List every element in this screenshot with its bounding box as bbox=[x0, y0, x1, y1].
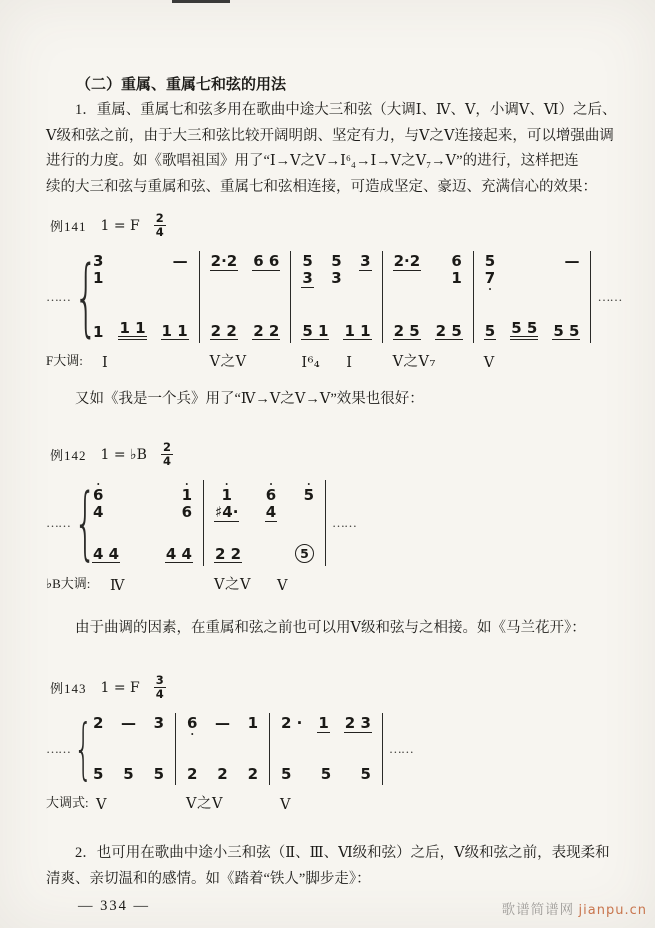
harmony-row: Ⅰ bbox=[82, 343, 200, 371]
jianpu-cell: 5 bbox=[280, 766, 292, 783]
jianpu-cell: 2 2 bbox=[210, 323, 238, 341]
jianpu-cell: 5 1 bbox=[301, 323, 329, 341]
measure: •1♯4·•64•52 25Ⅴ之ⅤⅤ bbox=[204, 480, 326, 594]
scanned-book-page: （二）重属、重属七和弦的用法 1．重属、重属七和弦多用在歌曲中途大三和弦（大调Ⅰ… bbox=[0, 0, 655, 928]
harmony-row: Ⅴ bbox=[474, 343, 592, 371]
jianpu-cell: 53 bbox=[301, 253, 313, 288]
measure: 2—3555Ⅴ bbox=[82, 713, 176, 813]
jianpu-cell: 61 bbox=[450, 253, 462, 287]
jianpu-cell: 5 bbox=[92, 766, 104, 783]
jianpu-cell: — bbox=[214, 715, 231, 732]
measure: 2·26 62 22 2Ⅴ之Ⅴ bbox=[200, 251, 292, 371]
upper-voice: 57•— bbox=[484, 253, 581, 292]
system-lead: ……{ bbox=[46, 251, 82, 343]
lower-voice: 555 bbox=[280, 766, 372, 783]
lower-voice: 222 bbox=[186, 766, 259, 783]
jianpu-cell: •5 bbox=[303, 482, 315, 504]
measure-notes: 2·2612 52 5 bbox=[383, 251, 474, 343]
harmony-row: Ⅴ之Ⅴ bbox=[176, 785, 270, 813]
harmony-label: Ⅴ bbox=[280, 797, 291, 813]
paragraph-1: 1．重属、重属七和弦多用在歌曲中途大三和弦（大调Ⅰ、Ⅳ、Ⅴ，小调Ⅴ、Ⅵ）之后、 … bbox=[46, 98, 621, 200]
text-line: 又如《我是一个兵》用了“Ⅳ→Ⅴ之Ⅴ→Ⅴ”效果也很好： bbox=[46, 387, 621, 413]
watermark: 歌谱简谱网 jianpu.cn bbox=[502, 898, 647, 918]
jianpu-cell: 1 bbox=[317, 715, 329, 733]
lower-voice: 2 52 5 bbox=[393, 323, 463, 341]
paragraph-2: 2．也可用在歌曲中途小三和弦（Ⅱ、Ⅲ、Ⅵ级和弦）之后，Ⅴ级和弦之前，表现柔和 清… bbox=[46, 841, 621, 892]
jianpu-cell: 2·2 bbox=[210, 253, 239, 271]
lower-voice: 5 11 1 bbox=[301, 323, 371, 341]
upper-voice: 2·26 6 bbox=[210, 253, 281, 271]
measure: 2·2612 52 5Ⅴ之Ⅴ₇ bbox=[383, 251, 474, 371]
system-tail: …… bbox=[326, 480, 356, 566]
lower-voice: 2 25 bbox=[214, 544, 315, 563]
system-tail: …… bbox=[591, 251, 621, 343]
harmony-row: Ⅴ之ⅤⅤ bbox=[204, 566, 326, 594]
upper-voice: 2—3 bbox=[92, 715, 165, 732]
tail-ellipsis: …… bbox=[332, 515, 356, 531]
time-signature-denominator: 4 bbox=[156, 226, 164, 239]
jianpu-cell: — bbox=[120, 715, 137, 732]
time-signature: 3 4 bbox=[154, 674, 166, 701]
text-line: 续的大三和弦与重属和弦、重属七和弦相连接，可造成坚定、豪迈、充满信心的效果： bbox=[46, 175, 621, 201]
music-example-142: 例142 1 = ♭B 2 4 ……{•64•164 44 4Ⅳ•1♯4·•64… bbox=[46, 441, 621, 594]
jianpu-cell: 2 bbox=[92, 715, 104, 732]
system-brace-icon: { bbox=[74, 716, 80, 782]
octave-dot-below: • bbox=[489, 287, 492, 292]
jianpu-cell: 2 bbox=[216, 766, 228, 783]
measure-notes: 57•—55 55 5 bbox=[474, 251, 592, 343]
measure-notes: •1♯4·•64•52 25 bbox=[204, 480, 326, 566]
lead-ellipsis: …… bbox=[46, 289, 70, 305]
jianpu-cell: 5 bbox=[153, 766, 165, 783]
jianpu-cell: 5 5 bbox=[510, 320, 538, 341]
jianpu-cell: 5 bbox=[484, 323, 496, 341]
harmony-row: Ⅴ bbox=[270, 785, 383, 813]
text-line: 2．也可用在歌曲中途小三和弦（Ⅱ、Ⅲ、Ⅵ级和弦）之后，Ⅴ级和弦之前，表现柔和 bbox=[46, 841, 621, 867]
jianpu-cell: — bbox=[563, 253, 580, 270]
system-lead: ……{ bbox=[46, 713, 82, 785]
measure: 31—11 11 1Ⅰ bbox=[82, 251, 200, 371]
jianpu-cell: 2 · bbox=[280, 715, 303, 732]
watermark-url: jianpu.cn bbox=[579, 903, 647, 918]
example-number: 例141 bbox=[50, 216, 87, 235]
jianpu-cell: 2 2 bbox=[214, 546, 242, 564]
text-line: 清爽、亲切温和的感情。如《踏着“铁人”脚步走》： bbox=[46, 867, 621, 893]
lead-ellipsis: …… bbox=[46, 515, 70, 531]
jianpu-cell: 1 1 bbox=[161, 323, 189, 341]
music-example-141: 例141 1 = F 2 4 ……{31—11 11 1Ⅰ2·26 62 22 … bbox=[46, 212, 621, 371]
lower-voice: 11 11 1 bbox=[92, 320, 189, 341]
jianpu-system: ……{31—11 11 1Ⅰ2·26 62 22 2Ⅴ之Ⅴ535335 11 1… bbox=[46, 251, 621, 371]
upper-voice: •1♯4·•64•5 bbox=[214, 482, 315, 522]
jianpu-cell: •1♯4· bbox=[214, 482, 239, 522]
lower-voice: 55 55 5 bbox=[484, 320, 581, 341]
lower-voice: 2 22 2 bbox=[210, 323, 281, 341]
harmony-label: Ⅰ⁶₄ bbox=[301, 355, 320, 371]
system-brace-icon: { bbox=[74, 484, 80, 563]
harmony-label: Ⅴ之Ⅴ bbox=[210, 350, 247, 371]
harmony-row: Ⅰ⁶₄Ⅰ bbox=[291, 343, 382, 371]
example-number: 例143 bbox=[50, 678, 87, 697]
upper-voice: •64•16 bbox=[92, 482, 193, 521]
jianpu-cell: 57• bbox=[484, 253, 496, 292]
upper-voice: 2·261 bbox=[393, 253, 463, 287]
jianpu-cell: 5 bbox=[122, 766, 134, 783]
harmony-label: Ⅴ之Ⅴ bbox=[214, 573, 251, 594]
time-signature-denominator: 4 bbox=[156, 688, 164, 701]
text-line: 进行的力度。如《歌唱祖国》用了“Ⅰ→Ⅴ之Ⅴ→Ⅰ⁶₄→Ⅰ→Ⅴ之Ⅴ₇→Ⅴ”的进行，这… bbox=[46, 149, 621, 175]
measure: 2 ·12 3555Ⅴ bbox=[270, 713, 383, 813]
lower-voice: 4 44 4 bbox=[92, 546, 193, 564]
jianpu-cell: 5 bbox=[320, 766, 332, 783]
note-after-example-142: 由于曲调的因素，在重属和弦之前也可以用Ⅴ级和弦与之相接。如《马兰花开》： bbox=[46, 616, 621, 642]
tail-ellipsis: …… bbox=[597, 289, 621, 305]
section-heading: （二）重属、重属七和弦的用法 bbox=[46, 74, 621, 96]
jianpu-cell: 1 bbox=[247, 715, 259, 732]
jianpu-cell: 2·2 bbox=[393, 253, 422, 271]
scan-artifact bbox=[172, 0, 230, 3]
jianpu-cell: — bbox=[172, 253, 189, 270]
time-signature-numerator: 3 bbox=[154, 674, 166, 688]
measure-notes: 2 ·12 3555 bbox=[270, 713, 383, 785]
harmony-label: Ⅴ bbox=[484, 355, 495, 371]
measure-notes: 2·26 62 22 2 bbox=[200, 251, 292, 343]
note-after-example-141: 又如《我是一个兵》用了“Ⅳ→Ⅴ之Ⅴ→Ⅴ”效果也很好： bbox=[46, 387, 621, 413]
time-signature-numerator: 2 bbox=[161, 441, 173, 455]
measure-notes: 6•—1222 bbox=[176, 713, 270, 785]
jianpu-system: ……{•64•164 44 4Ⅳ•1♯4·•64•52 25Ⅴ之ⅤⅤ……♭B大调… bbox=[46, 480, 621, 594]
measure-notes: 31—11 11 1 bbox=[82, 251, 200, 343]
harmony-label: Ⅳ bbox=[110, 578, 125, 594]
tail-ellipsis: …… bbox=[389, 741, 413, 757]
jianpu-cell: 2 5 bbox=[435, 323, 463, 341]
key-mode-label: ♭B大调: bbox=[46, 573, 90, 592]
measure-notes: •64•164 44 4 bbox=[82, 480, 204, 566]
harmony-label: Ⅰ bbox=[346, 355, 352, 371]
text-line: 由于曲调的因素，在重属和弦之前也可以用Ⅴ级和弦与之相接。如《马兰花开》： bbox=[46, 616, 621, 642]
upper-voice: 6•—1 bbox=[186, 715, 259, 737]
jianpu-cell: 2 2 bbox=[252, 323, 280, 341]
measure: 57•—55 55 5Ⅴ bbox=[474, 251, 592, 371]
harmony-row: Ⅴ之Ⅴ bbox=[200, 343, 292, 371]
document-body: （二）重属、重属七和弦的用法 1．重属、重属七和弦多用在歌曲中途大三和弦（大调Ⅰ… bbox=[0, 0, 655, 915]
jianpu-cell: 5 bbox=[359, 766, 371, 783]
time-signature-numerator: 2 bbox=[154, 212, 166, 226]
example-heading: 例143 1 = F 3 4 bbox=[46, 674, 621, 701]
harmony-label: Ⅴ bbox=[96, 797, 107, 813]
time-signature: 2 4 bbox=[154, 212, 166, 239]
jianpu-cell: 53 bbox=[330, 253, 342, 287]
key-mode-label: F大调: bbox=[46, 350, 83, 369]
upper-voice: 53533 bbox=[301, 253, 371, 288]
watermark-site-name: 歌谱简谱网 bbox=[502, 902, 575, 917]
text-line: 1．重属、重属七和弦多用在歌曲中途大三和弦（大调Ⅰ、Ⅳ、Ⅴ，小调Ⅴ、Ⅵ）之后、 bbox=[46, 98, 621, 124]
upper-voice: 2 ·12 3 bbox=[280, 715, 372, 733]
jianpu-staff: ……{2—3555Ⅴ6•—1222Ⅴ之Ⅴ2 ·12 3555Ⅴ…… bbox=[46, 713, 621, 813]
jianpu-cell: 5 bbox=[294, 544, 315, 563]
jianpu-cell: 6 6 bbox=[252, 253, 280, 271]
system-brace-icon: { bbox=[74, 255, 80, 340]
measure-notes: 2—3555 bbox=[82, 713, 176, 785]
upper-voice: 31— bbox=[92, 253, 189, 287]
jianpu-cell: •64 bbox=[265, 482, 277, 522]
jianpu-cell: 2 bbox=[247, 766, 259, 783]
example-number: 例142 bbox=[50, 445, 87, 464]
jianpu-cell: 2 5 bbox=[393, 323, 421, 341]
example-heading: 例141 1 = F 2 4 bbox=[46, 212, 621, 239]
harmony-label: Ⅴ bbox=[277, 578, 288, 594]
jianpu-cell: 6• bbox=[186, 715, 198, 737]
measure: 6•—1222Ⅴ之Ⅴ bbox=[176, 713, 270, 813]
measure-notes: 535335 11 1 bbox=[291, 251, 382, 343]
jianpu-staff: ……{31—11 11 1Ⅰ2·26 62 22 2Ⅴ之Ⅴ535335 11 1… bbox=[46, 251, 621, 371]
harmony-label: Ⅴ之Ⅴ bbox=[186, 792, 223, 813]
lead-ellipsis: …… bbox=[46, 741, 70, 757]
lower-voice: 555 bbox=[92, 766, 165, 783]
music-example-143: 例143 1 = F 3 4 ……{2—3555Ⅴ6•—1222Ⅴ之Ⅴ2 ·12… bbox=[46, 674, 621, 813]
jianpu-staff: ……{•64•164 44 4Ⅳ•1♯4·•64•52 25Ⅴ之ⅤⅤ…… bbox=[46, 480, 621, 594]
key-signature: 1 = ♭B bbox=[101, 447, 147, 463]
jianpu-cell: 1 1 bbox=[343, 323, 371, 341]
key-signature: 1 = F bbox=[101, 218, 140, 234]
harmony-row: Ⅴ bbox=[82, 785, 176, 813]
measure: 535335 11 1Ⅰ⁶₄Ⅰ bbox=[291, 251, 382, 371]
time-signature: 2 4 bbox=[161, 441, 173, 468]
jianpu-cell: 1 1 bbox=[118, 320, 146, 341]
harmony-row: Ⅳ bbox=[82, 566, 204, 594]
jianpu-cell: 5 5 bbox=[552, 323, 580, 341]
harmony-row: Ⅴ之Ⅴ₇ bbox=[383, 343, 474, 371]
system-tail: …… bbox=[383, 713, 413, 785]
harmony-label: Ⅰ bbox=[102, 355, 108, 371]
jianpu-cell: •16 bbox=[181, 482, 193, 521]
jianpu-cell: 3 bbox=[359, 253, 371, 271]
jianpu-cell: 4 4 bbox=[165, 546, 193, 564]
octave-dot-below: • bbox=[191, 732, 194, 737]
jianpu-cell: 3 bbox=[153, 715, 165, 732]
harmony-label: Ⅴ之Ⅴ₇ bbox=[393, 350, 436, 371]
time-signature-denominator: 4 bbox=[163, 455, 171, 468]
text-line: Ⅴ级和弦之前，由于大三和弦比较开阔明朗、坚定有力，与Ⅴ之Ⅴ连接起来，可以增强曲调 bbox=[46, 124, 621, 150]
jianpu-cell: 2 bbox=[186, 766, 198, 783]
jianpu-system: ……{2—3555Ⅴ6•—1222Ⅴ之Ⅴ2 ·12 3555Ⅴ……大调式: bbox=[46, 713, 621, 813]
measure: •64•164 44 4Ⅳ bbox=[82, 480, 204, 594]
key-signature: 1 = F bbox=[101, 680, 140, 696]
key-mode-label: 大调式: bbox=[46, 792, 89, 811]
example-heading: 例142 1 = ♭B 2 4 bbox=[46, 441, 621, 468]
jianpu-cell: 2 3 bbox=[344, 715, 372, 733]
system-lead: ……{ bbox=[46, 480, 82, 566]
